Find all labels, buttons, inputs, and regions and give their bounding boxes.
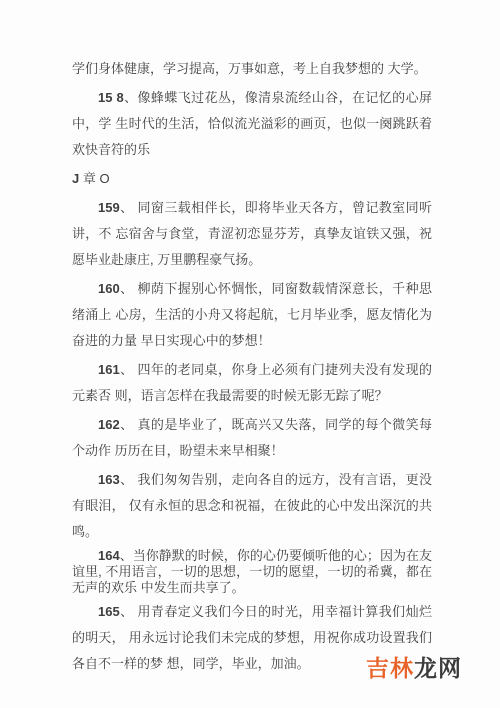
item-number: 159: [98, 200, 120, 215]
item-number-separator: 、: [120, 417, 134, 432]
item-number-separator: 、: [120, 200, 134, 215]
item-number: 161: [98, 362, 120, 377]
item-number-separator: 、: [120, 604, 134, 619]
item-number-separator: 、: [124, 90, 138, 105]
paragraph: 159、 同窗三载相伴长，即将毕业天各方，曾记教室同听讲，不 忘宿舍与食堂，青涩…: [72, 195, 432, 273]
item-number: 15 8: [98, 90, 124, 105]
paragraph: 163、 我们匆匆告别，走向各自的远方，没有言语，更没有眼泪， 仅有永恒的思念和…: [72, 467, 432, 545]
item-number: 165: [98, 604, 120, 619]
paragraph-text: 章 O: [79, 171, 109, 186]
watermark: 吉林龙网: [366, 650, 462, 683]
item-number: 162: [98, 417, 120, 432]
item-number: 160: [98, 281, 120, 296]
paragraph: 160、 柳荫下握别心怀惆怅，同窗数载情深意长，千种思绪涌上 心房，生活的小舟又…: [72, 276, 432, 354]
item-number: 163: [98, 472, 120, 487]
paragraph-text: 学们身体健康，学习提高，万事如意，考上自我梦想的 大学。: [72, 61, 427, 76]
document-body: 学们身体健康，学习提高，万事如意，考上自我梦想的 大学。 15 8、像蜂蝶飞过花…: [72, 56, 432, 680]
item-number-separator: 、: [120, 548, 133, 563]
paragraph: 162、 真的是毕业了，既高兴又失落，同学的每个微笑每个动作 历历在目，盼望未来…: [72, 412, 432, 464]
watermark-text-primary: 吉林: [366, 655, 414, 681]
item-number-separator: 、: [120, 472, 134, 487]
item-number: 164: [98, 548, 120, 563]
paragraph: 学们身体健康，学习提高，万事如意，考上自我梦想的 大学。: [72, 56, 432, 82]
paragraph: 161、 四年的老同桌，你身上必须有门捷列夫没有发现的元素否 则，语言怎样在我最…: [72, 357, 432, 409]
document-page: 学们身体健康，学习提高，万事如意，考上自我梦想的 大学。 15 8、像蜂蝶飞过花…: [0, 0, 500, 708]
paragraph: 15 8、像蜂蝶飞过花丛，像清泉流经山谷，在记忆的心屏中，学 生时代的生活，恰似…: [72, 85, 432, 163]
watermark-text-secondary: 龙网: [414, 655, 462, 681]
item-number-separator: 、: [120, 281, 134, 296]
item-number-separator: 、: [120, 362, 134, 377]
paragraph: J 章 O: [72, 166, 432, 192]
paragraph: 164、当你静默的时候，你的心仍要倾听他的心；因为在友谊里, 不用语言，一切的思…: [72, 548, 432, 596]
